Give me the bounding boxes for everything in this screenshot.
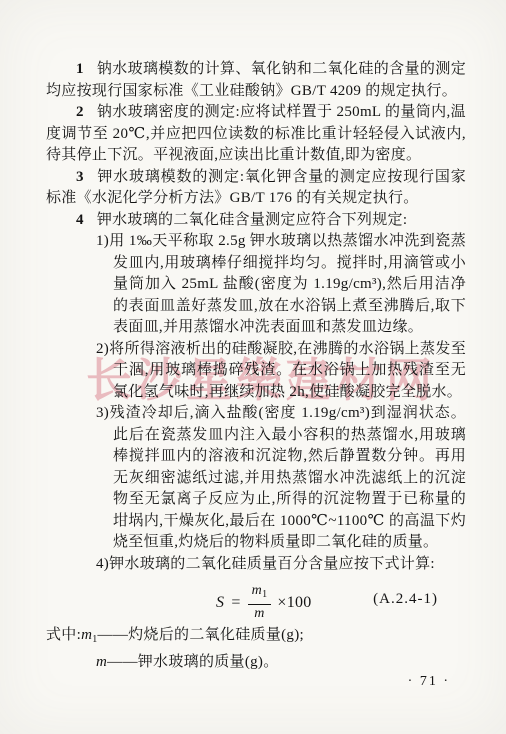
- clause-4: 4钾水玻璃的二氧化硅含量测定应符合下列规定:: [46, 210, 466, 232]
- clause-2: 2钠水玻璃密度的测定:应将试样置于 250mL 的量筒内,温度调节至 20℃,并…: [46, 102, 466, 167]
- formula-label: (A.2.4-1): [373, 589, 438, 611]
- formula-equation: S = m1 m ×100: [216, 582, 312, 623]
- clause-3-number: 3: [76, 169, 84, 185]
- formula-multiplier: ×100: [277, 592, 311, 614]
- numerator-subscript: 1: [262, 589, 267, 600]
- clause-3-text: 钾水玻璃模数的测定:氧化钾含量的测定应按现行国家标准《水泥化学分析方法》GB/T…: [46, 169, 466, 207]
- sub-item-4-number: 4): [96, 556, 109, 572]
- clause-3: 3钾水玻璃模数的测定:氧化钾含量的测定应按现行国家标准《水泥化学分析方法》GB/…: [46, 167, 466, 210]
- document-page: { "page": { "page_number": "· 71 ·", "ba…: [0, 0, 506, 734]
- clause-1-number: 1: [76, 61, 84, 77]
- sub-item-2: 2)将所得溶液析出的硅酸凝胶,在沸腾的水浴锅上蒸发至干涸,用玻璃棒捣碎残渣。在水…: [46, 339, 466, 404]
- clause-1-text: 钠水玻璃模数的计算、氧化钠和二氧化硅的含量的测定均应按现行国家标准《工业硅酸钠》…: [46, 61, 466, 99]
- sub-item-2-number: 2): [96, 341, 109, 357]
- sub-item-1-number: 1): [96, 233, 109, 249]
- where-symbol-m1: m: [81, 627, 92, 643]
- clause-4-number: 4: [76, 212, 84, 228]
- sub-item-4-text: 钾水玻璃的二氧化硅质量百分含量应按下式计算:: [109, 556, 435, 572]
- where-desc-m: ——钾水玻璃的质量(g)。: [107, 654, 278, 670]
- where-desc-m1: ——灼烧后的二氧化硅质量(g);: [98, 627, 304, 643]
- sub-item-1: 1)用 1‰天平称取 2.5g 钾水玻璃以热蒸馏水冲洗到瓷蒸发皿内,用玻璃棒仔细…: [46, 231, 466, 339]
- sub-item-3: 3)残渣冷却后,滴入盐酸(密度 1.19g/cm³)到湿润状态。此后在瓷蒸发皿内…: [46, 403, 466, 554]
- formula-block: S = m1 m ×100 (A.2.4-1): [46, 580, 466, 622]
- formula-lhs: S: [216, 592, 224, 614]
- formula-numerator: m1: [248, 582, 272, 605]
- where-prefix: 式中:: [46, 627, 81, 643]
- clause-2-text: 钠水玻璃密度的测定:应将试样置于 250mL 的量筒内,温度调节至 20℃,并应…: [46, 104, 466, 163]
- sub-item-1-text: 用 1‰天平称取 2.5g 钾水玻璃以热蒸馏水冲洗到瓷蒸发皿内,用玻璃棒仔细搅拌…: [109, 233, 466, 335]
- formula-equals: =: [231, 592, 240, 614]
- where-clause-line-2: m——钾水玻璃的质量(g)。: [46, 651, 466, 674]
- where-clause-line-1: 式中:m1——灼烧后的二氧化硅质量(g);: [46, 624, 466, 651]
- where-symbol-m: m: [96, 654, 107, 670]
- sub-item-3-text: 残渣冷却后,滴入盐酸(密度 1.19g/cm³)到湿润状态。此后在瓷蒸发皿内注入…: [109, 405, 466, 550]
- document-body: 1钠水玻璃模数的计算、氧化钠和二氧化硅的含量的测定均应按现行国家标准《工业硅酸钠…: [0, 0, 506, 674]
- page-number: · 71 ·: [408, 674, 450, 690]
- formula-fraction: m1 m: [248, 582, 272, 623]
- sub-item-4: 4)钾水玻璃的二氧化硅质量百分含量应按下式计算:: [46, 554, 466, 576]
- numerator-symbol: m: [252, 583, 262, 598]
- clause-4-text: 钾水玻璃的二氧化硅含量测定应符合下列规定:: [97, 212, 407, 228]
- clause-2-number: 2: [76, 104, 84, 120]
- sub-item-2-text: 将所得溶液析出的硅酸凝胶,在沸腾的水浴锅上蒸发至干涸,用玻璃棒捣碎残渣。在水浴锅…: [109, 341, 466, 400]
- clause-1: 1钠水玻璃模数的计算、氧化钠和二氧化硅的含量的测定均应按现行国家标准《工业硅酸钠…: [46, 59, 466, 102]
- formula-denominator: m: [254, 605, 264, 623]
- sub-item-3-number: 3): [96, 405, 109, 421]
